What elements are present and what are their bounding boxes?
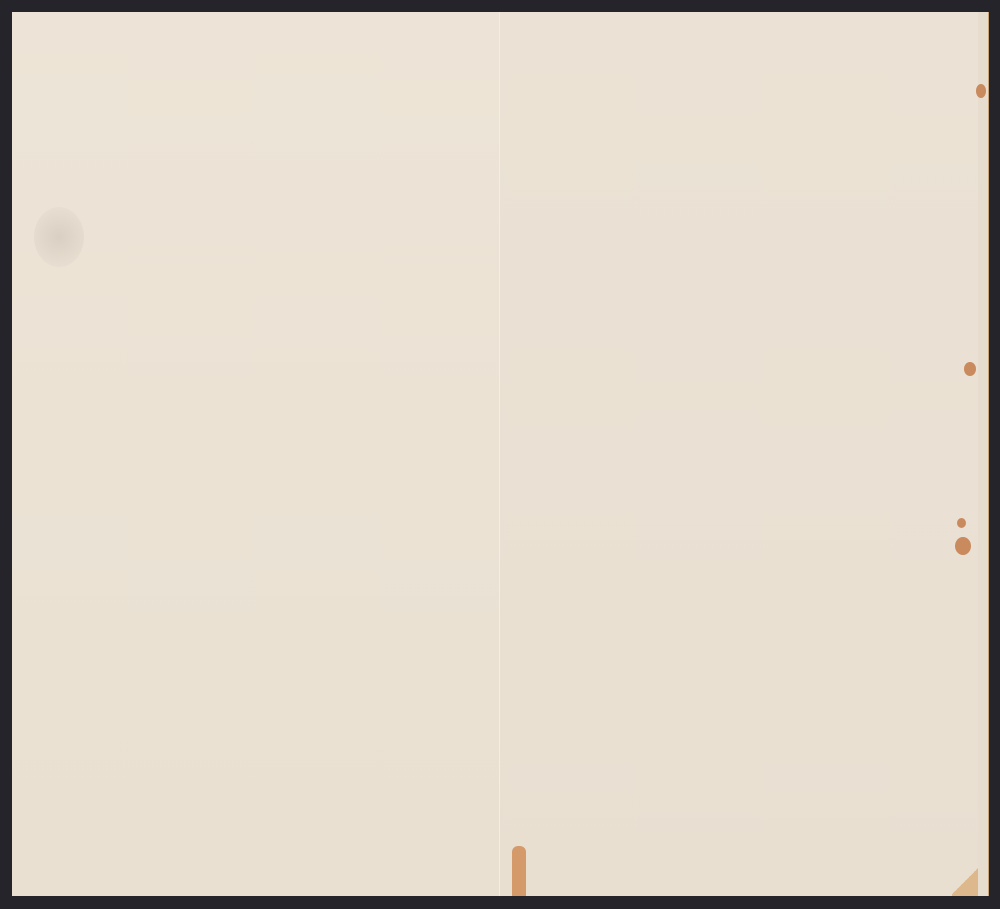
torn-edge <box>512 846 526 896</box>
left-page <box>12 12 499 896</box>
page-edge <box>978 12 989 896</box>
stain-mark <box>957 518 966 528</box>
document-sheet <box>12 12 988 896</box>
stain-mark <box>976 84 986 98</box>
smudge-mark <box>34 207 84 267</box>
right-page <box>500 12 978 896</box>
stain-mark <box>955 537 971 555</box>
folded-corner <box>952 866 978 896</box>
stain-mark <box>964 362 976 376</box>
